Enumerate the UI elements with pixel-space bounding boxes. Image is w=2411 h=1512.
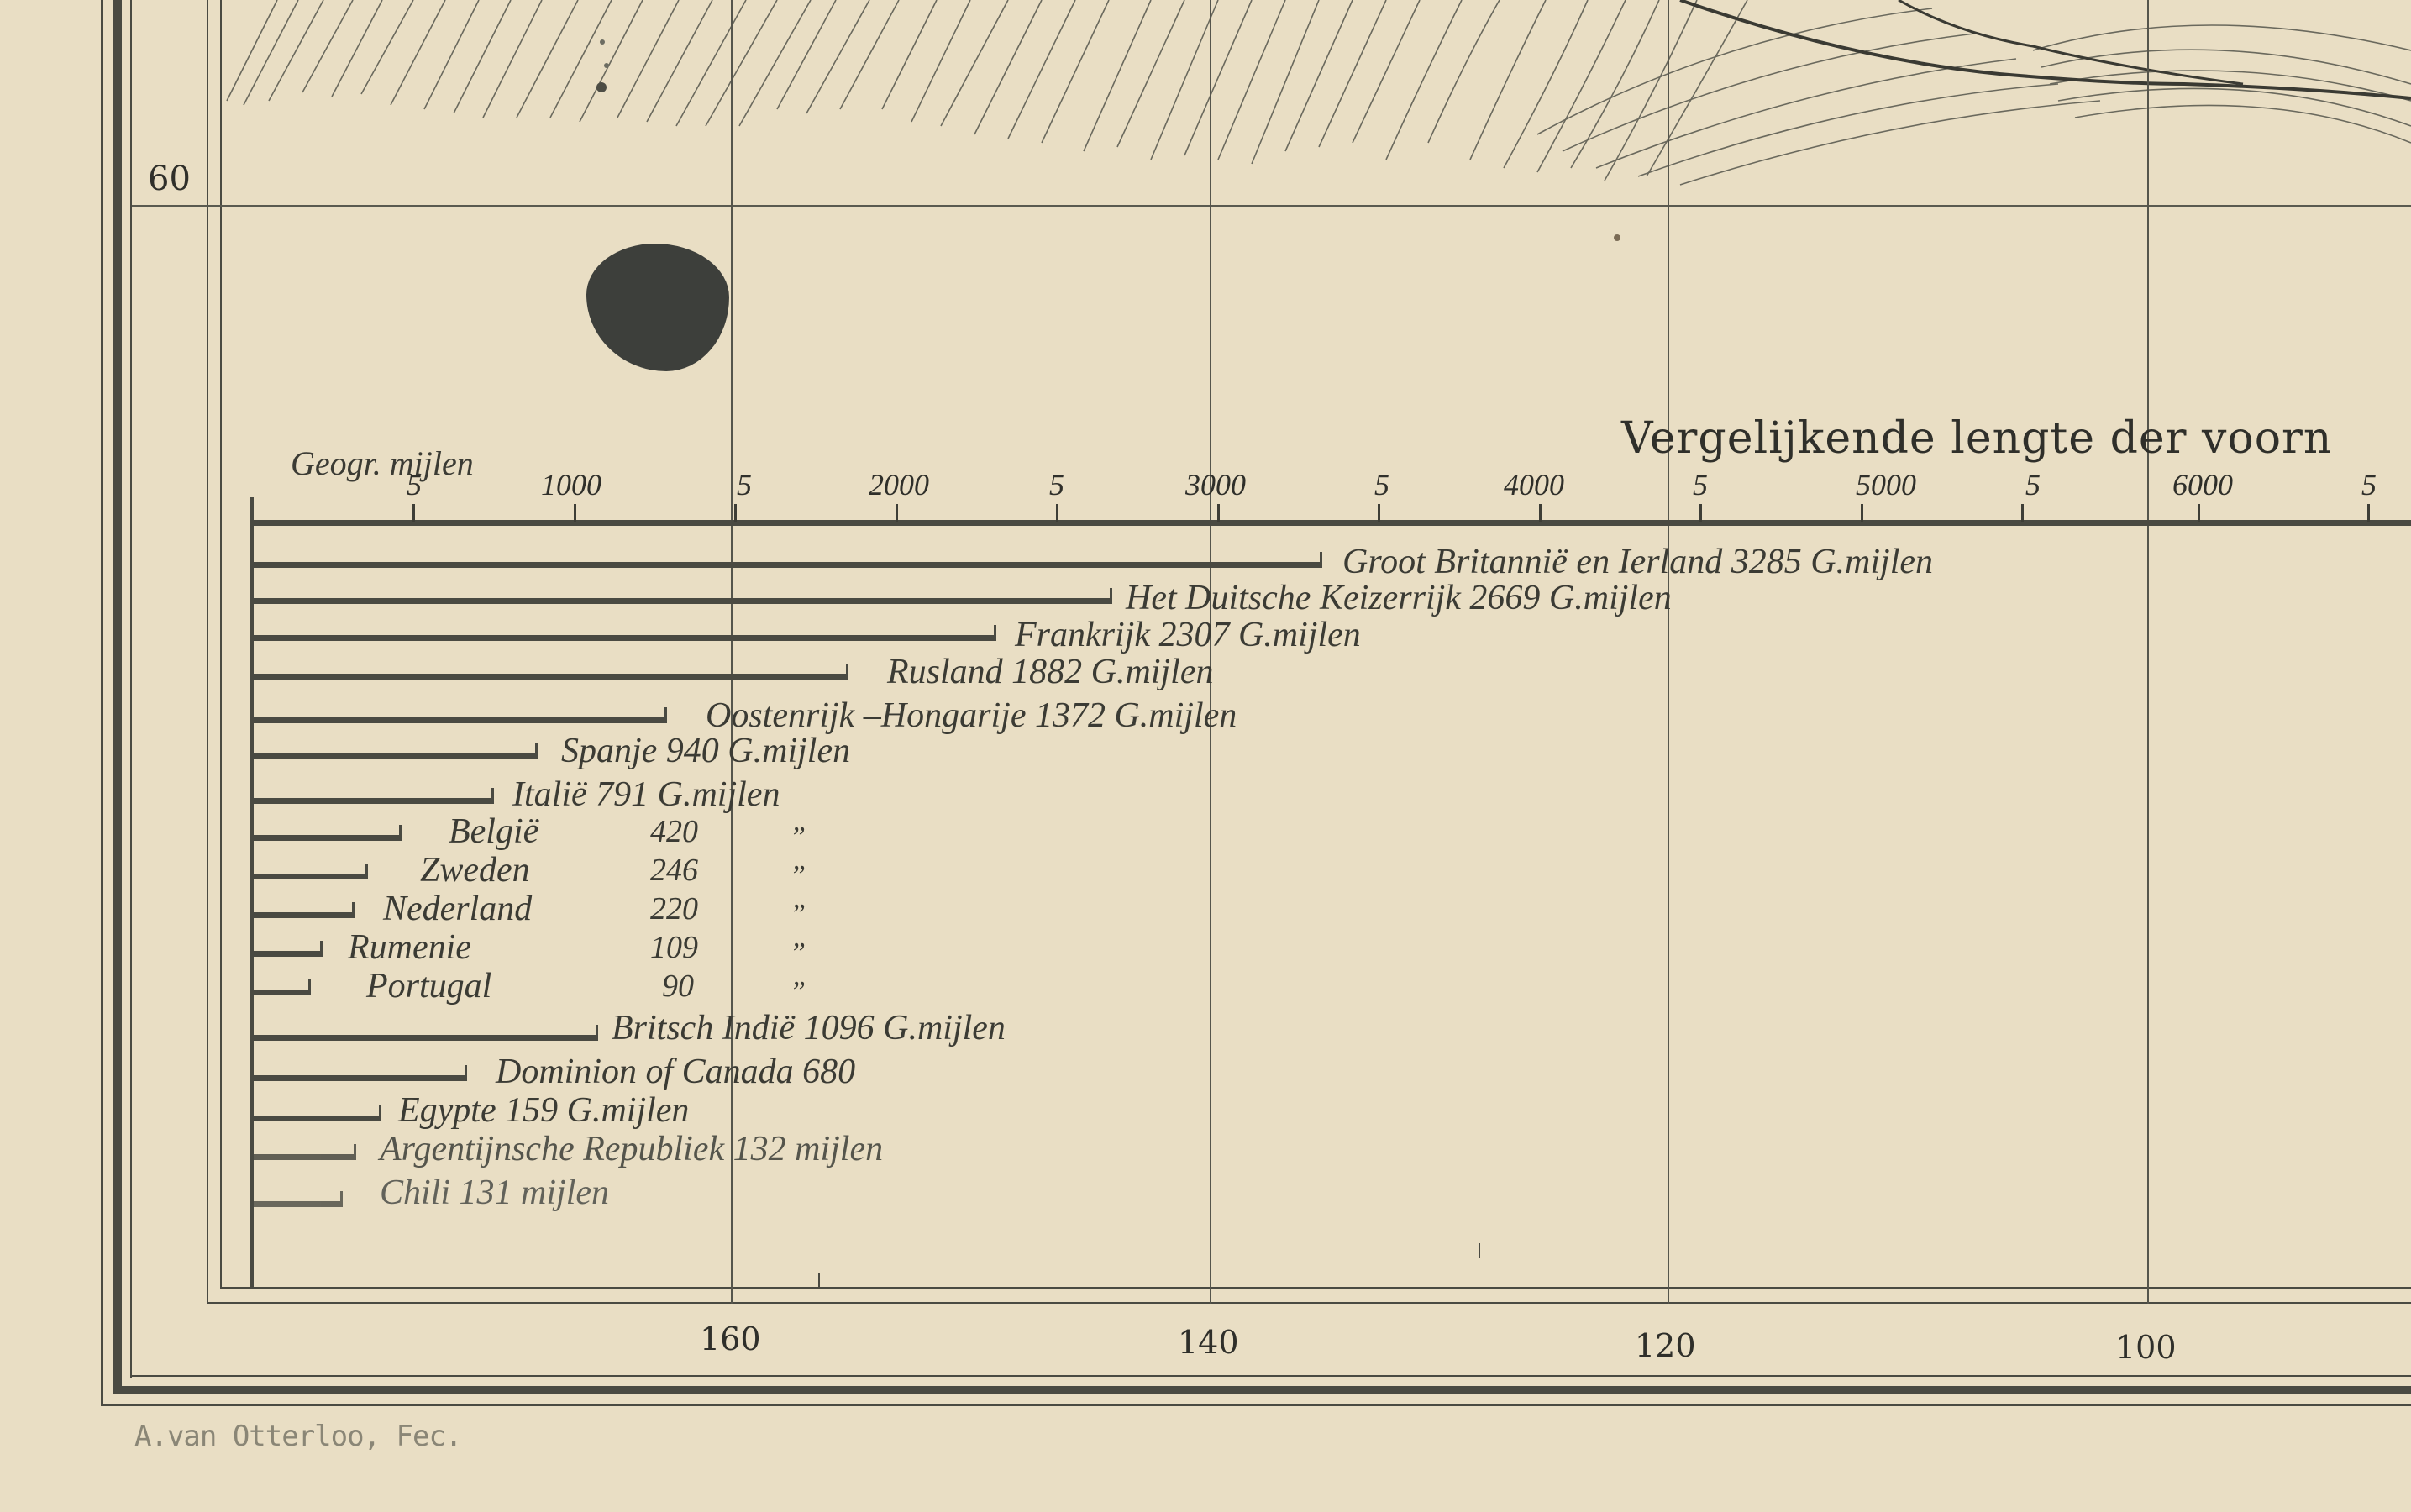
bar-label: België (449, 811, 538, 852)
axis-tick-label: 5000 (1856, 467, 1916, 502)
bar-label: Spanje 940 G.mijlen (561, 731, 850, 771)
meridian-100 (2147, 0, 2149, 1304)
axis-tick-label: 4000 (1504, 467, 1564, 502)
longitude-label-140: 140 (1178, 1324, 1239, 1361)
meridian-120 (1668, 0, 1669, 1304)
bar-chili (254, 1201, 341, 1207)
axis-tick (1861, 504, 1863, 522)
bar-value: 90 (662, 968, 694, 1005)
axis-tick-label: 5 (737, 467, 752, 502)
ditto-mark: ” (790, 822, 806, 853)
bar-label: Dominion of Canada 680 (496, 1052, 855, 1092)
bar-label: Portugal (366, 966, 491, 1006)
bar-duitsche-keizerrijk (254, 598, 1111, 604)
ditto-mark: ” (790, 899, 806, 931)
axis-tick (1056, 504, 1058, 522)
minor-mark (818, 1273, 820, 1288)
bar-label: Chili 131 mijlen (380, 1173, 609, 1213)
axis-tick (1539, 504, 1542, 522)
bar-britsch-indie (254, 1035, 596, 1041)
bar-groot-brittannie (254, 562, 1321, 568)
outer-frame-bottom-thin (101, 1404, 2411, 1406)
axis-tick-label: 5 (2361, 467, 2377, 502)
longitude-label-160: 160 (700, 1320, 761, 1357)
bar-label: Het Duitsche Keizerrijk 2669 G.mijlen (1126, 578, 1672, 618)
axis-tick-label: 3000 (1185, 467, 1246, 502)
bar-dominion-canada (254, 1075, 465, 1081)
axis-tick (1699, 504, 1702, 522)
meridian-160 (731, 0, 733, 1304)
axis-tick-label: 6000 (2172, 467, 2233, 502)
latitude-line-60 (132, 205, 2411, 207)
axis-tick (1378, 504, 1380, 522)
axis-tick (2367, 504, 2370, 522)
outer-frame-left-inner (130, 0, 132, 1378)
outer-frame-left-thick (113, 0, 122, 1394)
bar-rusland (254, 674, 847, 680)
bar-label: Rumenie (348, 927, 471, 968)
bar-argentinie (254, 1154, 355, 1160)
axis-tick-label: 5 (2025, 467, 2041, 502)
axis-tick (2198, 504, 2200, 522)
longitude-label-120: 120 (1635, 1327, 1696, 1364)
ditto-mark: ” (790, 937, 806, 969)
bar-label: Argentijnsche Republiek 132 mijlen (380, 1129, 883, 1169)
axis-tick (1217, 504, 1220, 522)
bar-belgie (254, 835, 400, 841)
ditto-mark: ” (790, 860, 806, 892)
axis-tick (734, 504, 737, 522)
bar-label: Groot Britannië en Ierland 3285 G.mijlen (1342, 542, 1933, 582)
bar-portugal (254, 990, 309, 995)
axis-tick-label: 5 (1693, 467, 1708, 502)
axis-tick (412, 504, 415, 522)
bar-label: Rusland 1882 G.mijlen (887, 652, 1213, 692)
bar-label: Britsch Indië 1096 G.mijlen (612, 1008, 1006, 1048)
axis-tick-label: 5 (407, 467, 422, 502)
axis-tick-label: 5 (1049, 467, 1064, 502)
inner-frame-left (207, 0, 208, 1304)
axis-tick-label: 2000 (869, 467, 929, 502)
bar-label: Zweden (420, 850, 530, 890)
outer-frame-left-thin (101, 0, 103, 1406)
chart-box-bottom (220, 1287, 2411, 1289)
bar-rumenie (254, 951, 321, 957)
axis-tick (574, 504, 576, 522)
outer-frame-bottom-thick (113, 1386, 2411, 1394)
axis-tick (896, 504, 898, 522)
bar-value: 220 (650, 890, 698, 927)
ditto-mark: ” (790, 976, 806, 1008)
bar-label: Nederland (383, 889, 532, 929)
inner-frame-bottom (207, 1302, 2411, 1304)
longitude-label-100: 100 (2115, 1329, 2177, 1366)
bar-spanje (254, 753, 536, 759)
bar-label: Italië 791 G.mijlen (512, 774, 780, 815)
bar-italie (254, 798, 492, 804)
chart-title: Vergelijkende lengte der voorn (1621, 413, 2332, 464)
bar-frankrijk (254, 635, 995, 641)
bar-label: Oostenrijk –Hongarije 1372 G.mijlen (706, 696, 1237, 736)
axis-unit-label: Geogr. mijlen (291, 444, 474, 483)
engraver-signature: A.van Otterloo, Fec. (134, 1420, 461, 1453)
outer-frame-bottom-inner (130, 1375, 2411, 1377)
bar-label: Frankrijk 2307 G.mijlen (1015, 615, 1361, 655)
bar-value: 420 (650, 813, 698, 850)
bar-value: 109 (650, 929, 698, 966)
axis-tick-label: 5 (1374, 467, 1389, 502)
inner-frame-left-2 (220, 0, 222, 1289)
river-line (1899, 0, 2243, 84)
chart-y-axis (250, 497, 254, 1289)
bar-nederland (254, 912, 353, 918)
bar-egypte (254, 1116, 380, 1121)
axis-tick (2021, 504, 2024, 522)
bar-oostenrijk-hongarije (254, 717, 665, 723)
bar-value: 246 (650, 852, 698, 889)
hatching (227, 0, 2411, 185)
minor-mark (1479, 1243, 1480, 1258)
axis-tick-label: 1000 (541, 467, 601, 502)
bar-zweden (254, 874, 366, 879)
bar-label: Egypte 159 G.mijlen (398, 1090, 689, 1131)
latitude-label: 60 (148, 160, 191, 198)
